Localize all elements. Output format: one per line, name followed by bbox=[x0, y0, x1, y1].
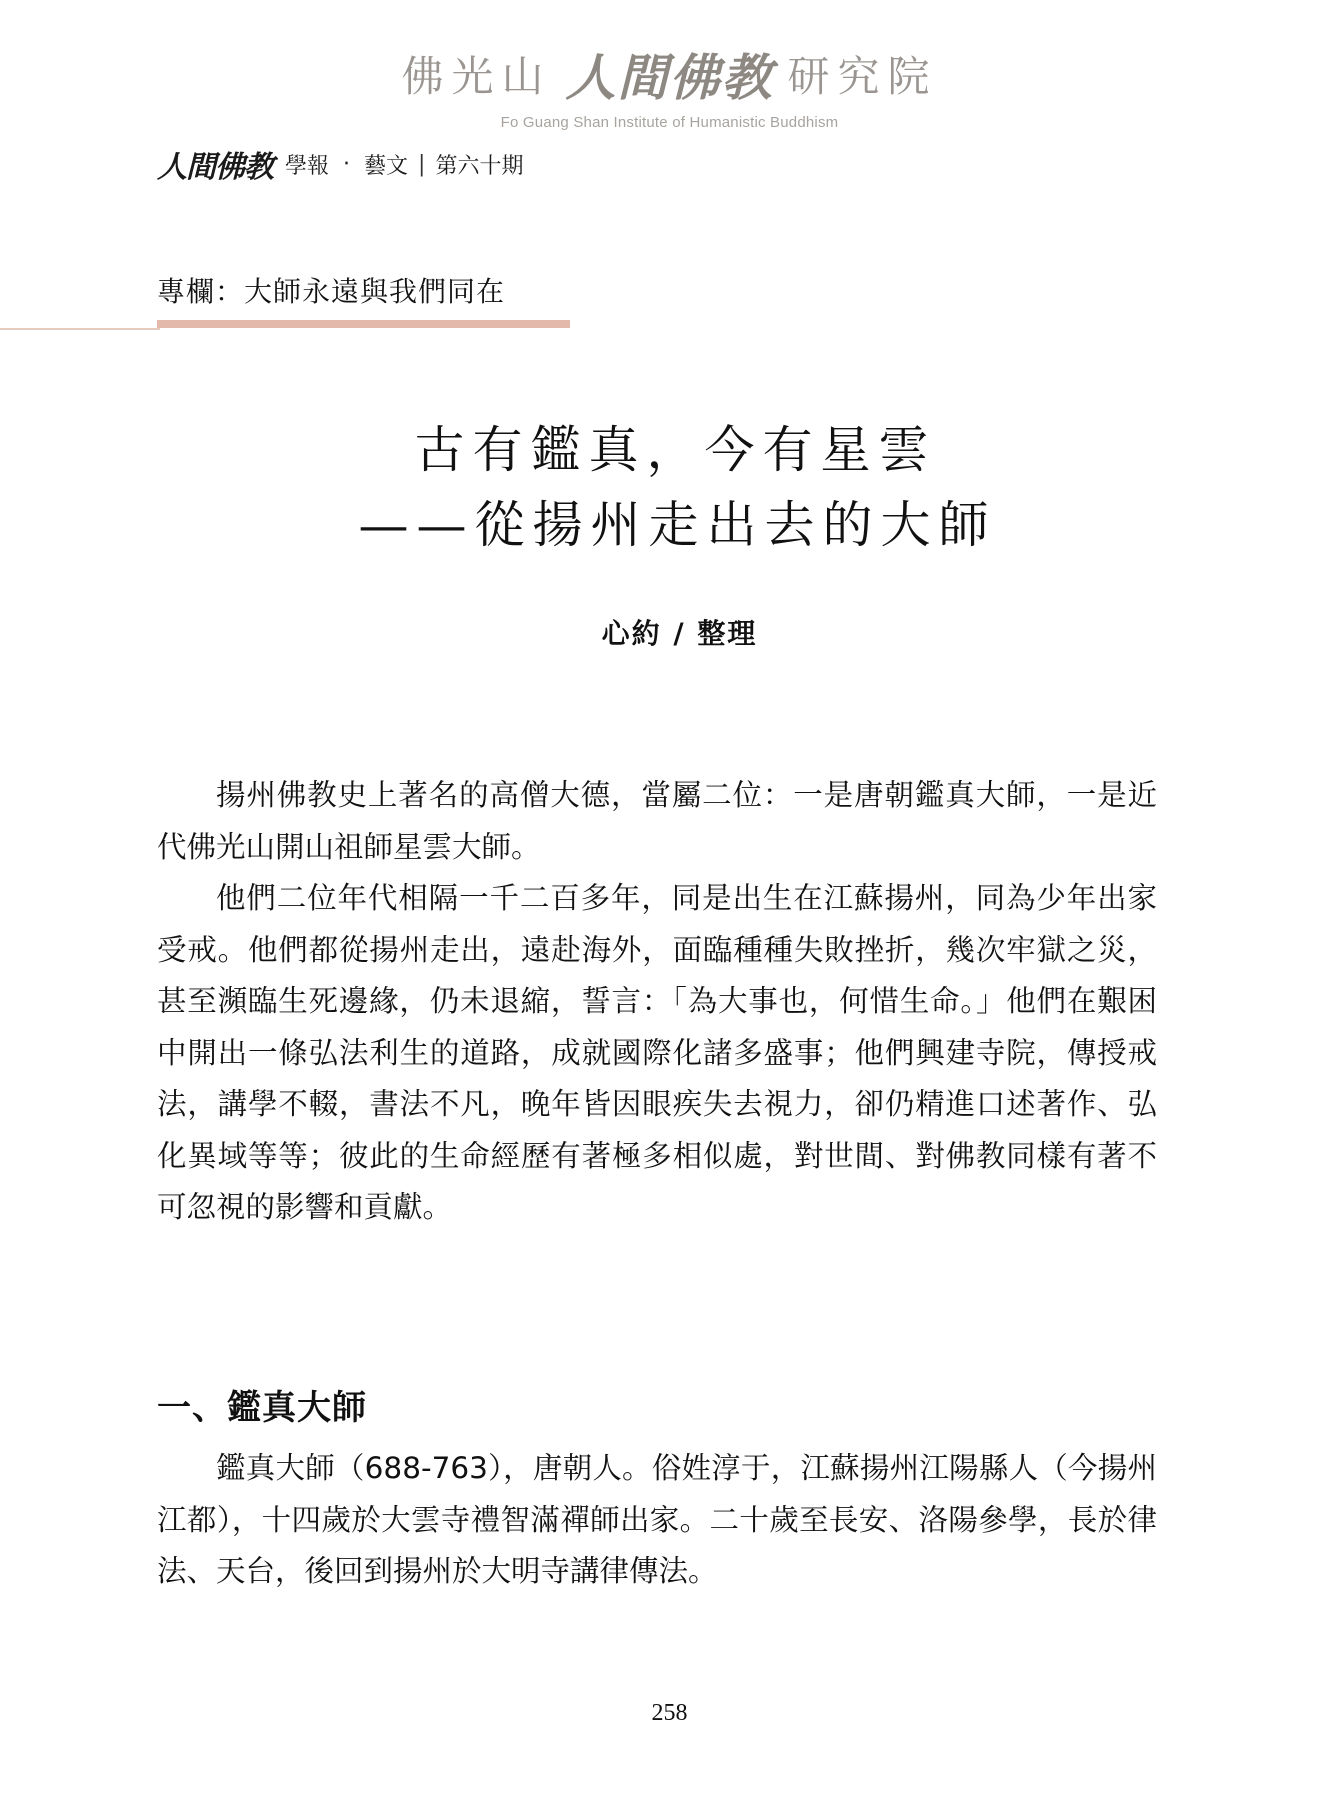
column-label: 專欄：大師永遠與我們同在 bbox=[157, 270, 505, 310]
journal-section: 藝文 bbox=[364, 149, 408, 180]
divider-accent bbox=[157, 320, 570, 328]
paragraph: 他們二位年代相隔一千二百多年，同是出生在江蘇揚州，同為少年出家受戒。他們都從揚州… bbox=[157, 873, 1157, 1234]
institute-prefix: 佛光山 bbox=[401, 44, 551, 104]
institute-suffix: 研究院 bbox=[788, 44, 938, 104]
journal-issue: 第六十期 bbox=[435, 149, 523, 180]
paragraph: 鑑真大師（688-763），唐朝人。俗姓淳于，江蘇揚州江陽縣人（今揚州江都），十… bbox=[157, 1443, 1157, 1598]
institute-name: 佛光山 人間佛教 研究院 bbox=[401, 38, 937, 110]
article-title-block: 古有鑑真，今有星雲 ——從揚州走出去的大師 bbox=[0, 418, 1339, 558]
article-body-section-1: 鑑真大師（688-763），唐朝人。俗姓淳于，江蘇揚州江陽縣人（今揚州江都），十… bbox=[157, 1443, 1157, 1598]
journal-logo: 人間佛教 bbox=[157, 142, 273, 186]
section-heading: 一、鑑真大師 bbox=[157, 1380, 367, 1429]
article-author: 心約 / 整理 bbox=[0, 612, 1339, 652]
journal-running-header: 人間佛教 學報 ‧ 藝文 | 第六十期 bbox=[157, 142, 523, 186]
divider-thin bbox=[0, 328, 160, 330]
article-subtitle: ——從揚州走出去的大師 bbox=[0, 493, 1339, 558]
page-number: 258 bbox=[0, 1700, 1339, 1727]
article-body-intro: 揚州佛教史上著名的高僧大德，當屬二位：一是唐朝鑑真大師，一是近代佛光山開山祖師星… bbox=[157, 770, 1157, 1234]
journal-name: 學報 bbox=[285, 149, 329, 180]
article-title: 古有鑑真，今有星雲 bbox=[0, 418, 1339, 483]
paragraph: 揚州佛教史上著名的高僧大德，當屬二位：一是唐朝鑑真大師，一是近代佛光山開山祖師星… bbox=[157, 770, 1157, 873]
institute-calligraphy-logo: 人間佛教 bbox=[566, 38, 774, 110]
institute-english-name: Fo Guang Shan Institute of Humanistic Bu… bbox=[0, 114, 1339, 131]
separator-bar: | bbox=[418, 152, 425, 177]
separator-dot: ‧ bbox=[343, 152, 350, 177]
institute-header: 佛光山 人間佛教 研究院 Fo Guang Shan Institute of … bbox=[0, 38, 1339, 131]
